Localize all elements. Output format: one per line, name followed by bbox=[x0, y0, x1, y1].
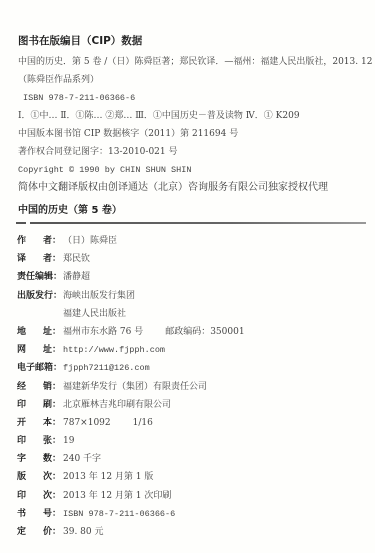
info-row-sheets: 印张： 19 bbox=[17, 432, 367, 450]
info-label: 开本： bbox=[17, 414, 61, 432]
info-label: 地址： bbox=[17, 323, 61, 341]
info-value-distributor: 福建新华发行（集团）有限责任公司 bbox=[61, 378, 207, 396]
info-label: 译者： bbox=[17, 250, 61, 268]
info-row-printer: 印刷： 北京雁林吉兆印刷有限公司 bbox=[17, 396, 367, 414]
info-row-publisher: 出版发行： 海峡出版发行集团 bbox=[17, 287, 367, 305]
info-row-printing: 印次： 2013 年 12 月第 1 次印刷 bbox=[17, 487, 367, 505]
info-value-isbn: ISBN 978-7-211-06366-6 bbox=[61, 505, 175, 523]
info-value-format-fraction: 1/16 bbox=[133, 414, 153, 432]
info-value-printer: 北京雁林吉兆印刷有限公司 bbox=[61, 396, 171, 414]
info-value-price: 39. 80 元 bbox=[61, 523, 104, 541]
info-row-email: 电子邮箱： fjpph7211@126.com bbox=[17, 359, 367, 377]
publication-info-block: 作者： （日）陈舜臣 译者： 郑民钦 责任编辑： 潘静超 出版发行： 海峡出版发… bbox=[17, 232, 367, 541]
info-label: 定价： bbox=[17, 523, 61, 541]
info-value-word-count: 240 千字 bbox=[61, 450, 101, 468]
info-label: 书号： bbox=[17, 505, 61, 523]
info-row-edition: 版次： 2013 年 12 月第 1 版 bbox=[17, 468, 367, 486]
info-value-postcode: 邮政编码：350001 bbox=[165, 323, 244, 341]
info-label: 经销： bbox=[17, 378, 61, 396]
info-value-edition: 2013 年 12 月第 1 版 bbox=[61, 468, 153, 486]
info-value-author: （日）陈舜臣 bbox=[61, 232, 117, 250]
info-value-email: fjpph7211@126.com bbox=[61, 359, 150, 377]
info-value-publisher-2: 福建人民出版社 bbox=[61, 305, 126, 323]
info-value-translator: 郑民钦 bbox=[61, 250, 90, 268]
info-row-website: 网址： http://www.fjpph.com bbox=[17, 341, 367, 359]
info-label: 版次： bbox=[17, 468, 61, 486]
info-label: 印刷： bbox=[17, 396, 61, 414]
info-label: 印张： bbox=[17, 432, 61, 450]
info-row-editor: 责任编辑： 潘静超 bbox=[17, 268, 367, 286]
cip-line-cip-number: 中国版本图书馆 CIP 数据核字（2011）第 211694 号 bbox=[18, 125, 368, 143]
divider-dash bbox=[16, 222, 26, 224]
info-value-format: 787×1092 bbox=[61, 414, 111, 432]
cip-line-series: （陈舜臣作品系列） bbox=[18, 71, 368, 89]
cip-line-citation: 中国的历史．第 5 卷 /（日）陈舜臣著；郑民钦译．—福州：福建人民出版社，20… bbox=[18, 53, 368, 71]
cip-data-block: 图书在版编目（CIP）数据 中国的历史．第 5 卷 /（日）陈舜臣著；郑民钦译．… bbox=[18, 34, 368, 197]
info-row-word-count: 字数： 240 千字 bbox=[17, 450, 367, 468]
info-label: 网址： bbox=[17, 341, 61, 359]
info-row-address: 地址： 福州市东水路 76 号 邮政编码：350001 bbox=[17, 323, 367, 341]
info-row-book-number: 书号： ISBN 978-7-211-06366-6 bbox=[17, 505, 367, 523]
info-value-editor: 潘静超 bbox=[61, 268, 90, 286]
book-title: 中国的历史（第 5 卷） bbox=[18, 201, 122, 216]
cip-heading: 图书在版编目（CIP）数据 bbox=[18, 34, 368, 48]
info-value-address: 福州市东水路 76 号 bbox=[61, 323, 143, 341]
cip-line-copyright: Copyright © 1990 by CHIN SHUN SHIN bbox=[18, 161, 368, 179]
info-value-printing: 2013 年 12 月第 1 次印刷 bbox=[61, 487, 171, 505]
divider-rule bbox=[30, 222, 366, 224]
info-row-format: 开本： 787×1092 1/16 bbox=[17, 414, 367, 432]
info-row-publisher-2: 出版发行： 福建人民出版社 bbox=[17, 305, 367, 323]
cip-line-classification: Ⅰ．①中… Ⅱ．①陈… ②郑… Ⅲ．①中国历史－普及读物 Ⅳ．① K209 bbox=[18, 107, 368, 125]
info-value-publisher: 海峡出版发行集团 bbox=[61, 287, 135, 305]
cip-line-isbn: ISBN 978-7-211-06366-6 bbox=[18, 89, 368, 107]
info-value-sheets: 19 bbox=[61, 432, 74, 450]
info-value-website: http://www.fjpph.com bbox=[61, 341, 165, 359]
info-row-translator: 译者： 郑民钦 bbox=[17, 250, 367, 268]
cip-line-translation-rights: 简体中文翻译版权由创译通达（北京）咨询服务有限公司独家授权代理 bbox=[18, 179, 368, 197]
info-row-price: 定价： 39. 80 元 bbox=[17, 523, 367, 541]
info-label: 字数： bbox=[17, 450, 61, 468]
info-label: 责任编辑： bbox=[17, 268, 61, 286]
divider-line bbox=[16, 222, 366, 224]
info-label: 印次： bbox=[17, 487, 61, 505]
info-label: 电子邮箱： bbox=[17, 359, 61, 377]
info-row-author: 作者： （日）陈舜臣 bbox=[17, 232, 367, 250]
info-label: 出版发行： bbox=[17, 287, 61, 305]
cip-line-copyright-registration: 著作权合同登记图字：13-2010-021 号 bbox=[18, 143, 368, 161]
info-label: 作者： bbox=[17, 232, 61, 250]
info-row-distributor: 经销： 福建新华发行（集团）有限责任公司 bbox=[17, 378, 367, 396]
